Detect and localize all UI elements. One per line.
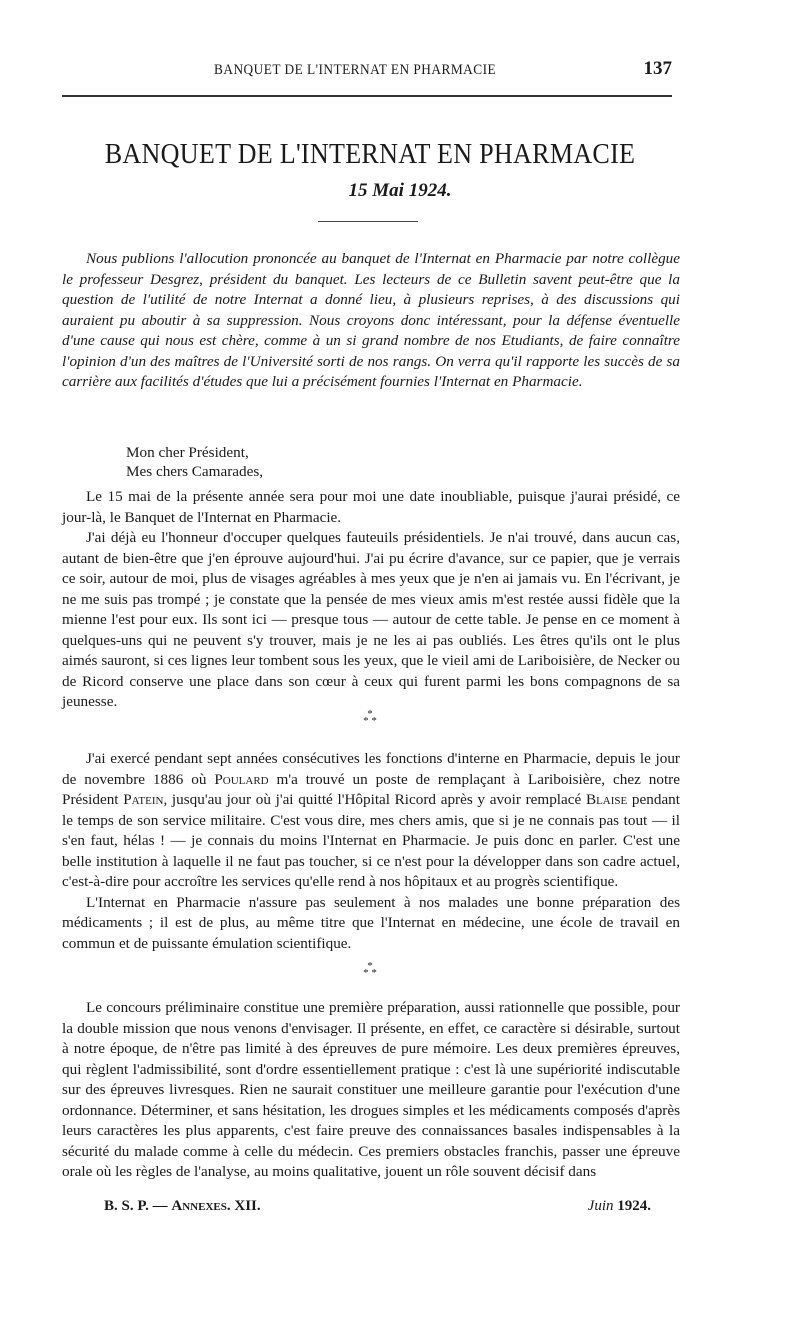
issue-date: Juin 1924. (588, 1198, 651, 1215)
speech-section-3: Le concours préliminaire constitue une p… (62, 998, 680, 1183)
header-rule (62, 95, 672, 97)
paragraph: J'ai exercé pendant sept années consécut… (62, 749, 680, 893)
running-head: BANQUET DE L'INTERNAT EN PHARMACIE 137 (62, 58, 672, 88)
page-number: 137 (644, 58, 673, 80)
salutation-line: Mes chers Camarades, (126, 462, 263, 481)
person-name: Blaise (586, 791, 627, 808)
journal-reference: B. S. P. — Annexes. XII. (104, 1198, 261, 1214)
title-rule (318, 221, 418, 222)
document-page: BANQUET DE L'INTERNAT EN PHARMACIE 137 B… (0, 0, 800, 1324)
editorial-intro: Nous publions l'allocution prononcée au … (62, 249, 680, 393)
speech-section-1: Le 15 mai de la présente année sera pour… (62, 487, 680, 713)
paragraph: J'ai déjà eu l'honneur d'occuper quelque… (62, 528, 680, 713)
page-footer: B. S. P. — Annexes. XII. Juin 1924. (104, 1198, 651, 1215)
paragraph: Le concours préliminaire constitue une p… (62, 998, 680, 1183)
asterism-divider: * * * (0, 963, 740, 977)
salutation-line: Mon cher Président, (126, 443, 263, 462)
running-title: BANQUET DE L'INTERNAT EN PHARMACIE (214, 62, 496, 79)
person-name: Poulard (214, 771, 268, 788)
article-date: 15 Mai 1924. (0, 180, 800, 202)
asterism-divider: * * * (0, 711, 740, 725)
person-name: Patein (123, 791, 163, 808)
paragraph: L'Internat en Pharmacie n'assure pas seu… (62, 893, 680, 955)
article-title: BANQUET DE L'INTERNAT EN PHARMACIE (37, 138, 703, 171)
paragraph: Le 15 mai de la présente année sera pour… (62, 487, 680, 528)
intro-paragraph: Nous publions l'allocution prononcée au … (62, 249, 680, 393)
salutation: Mon cher Président, Mes chers Camarades, (126, 443, 263, 481)
speech-section-2: J'ai exercé pendant sept années consécut… (62, 749, 680, 954)
